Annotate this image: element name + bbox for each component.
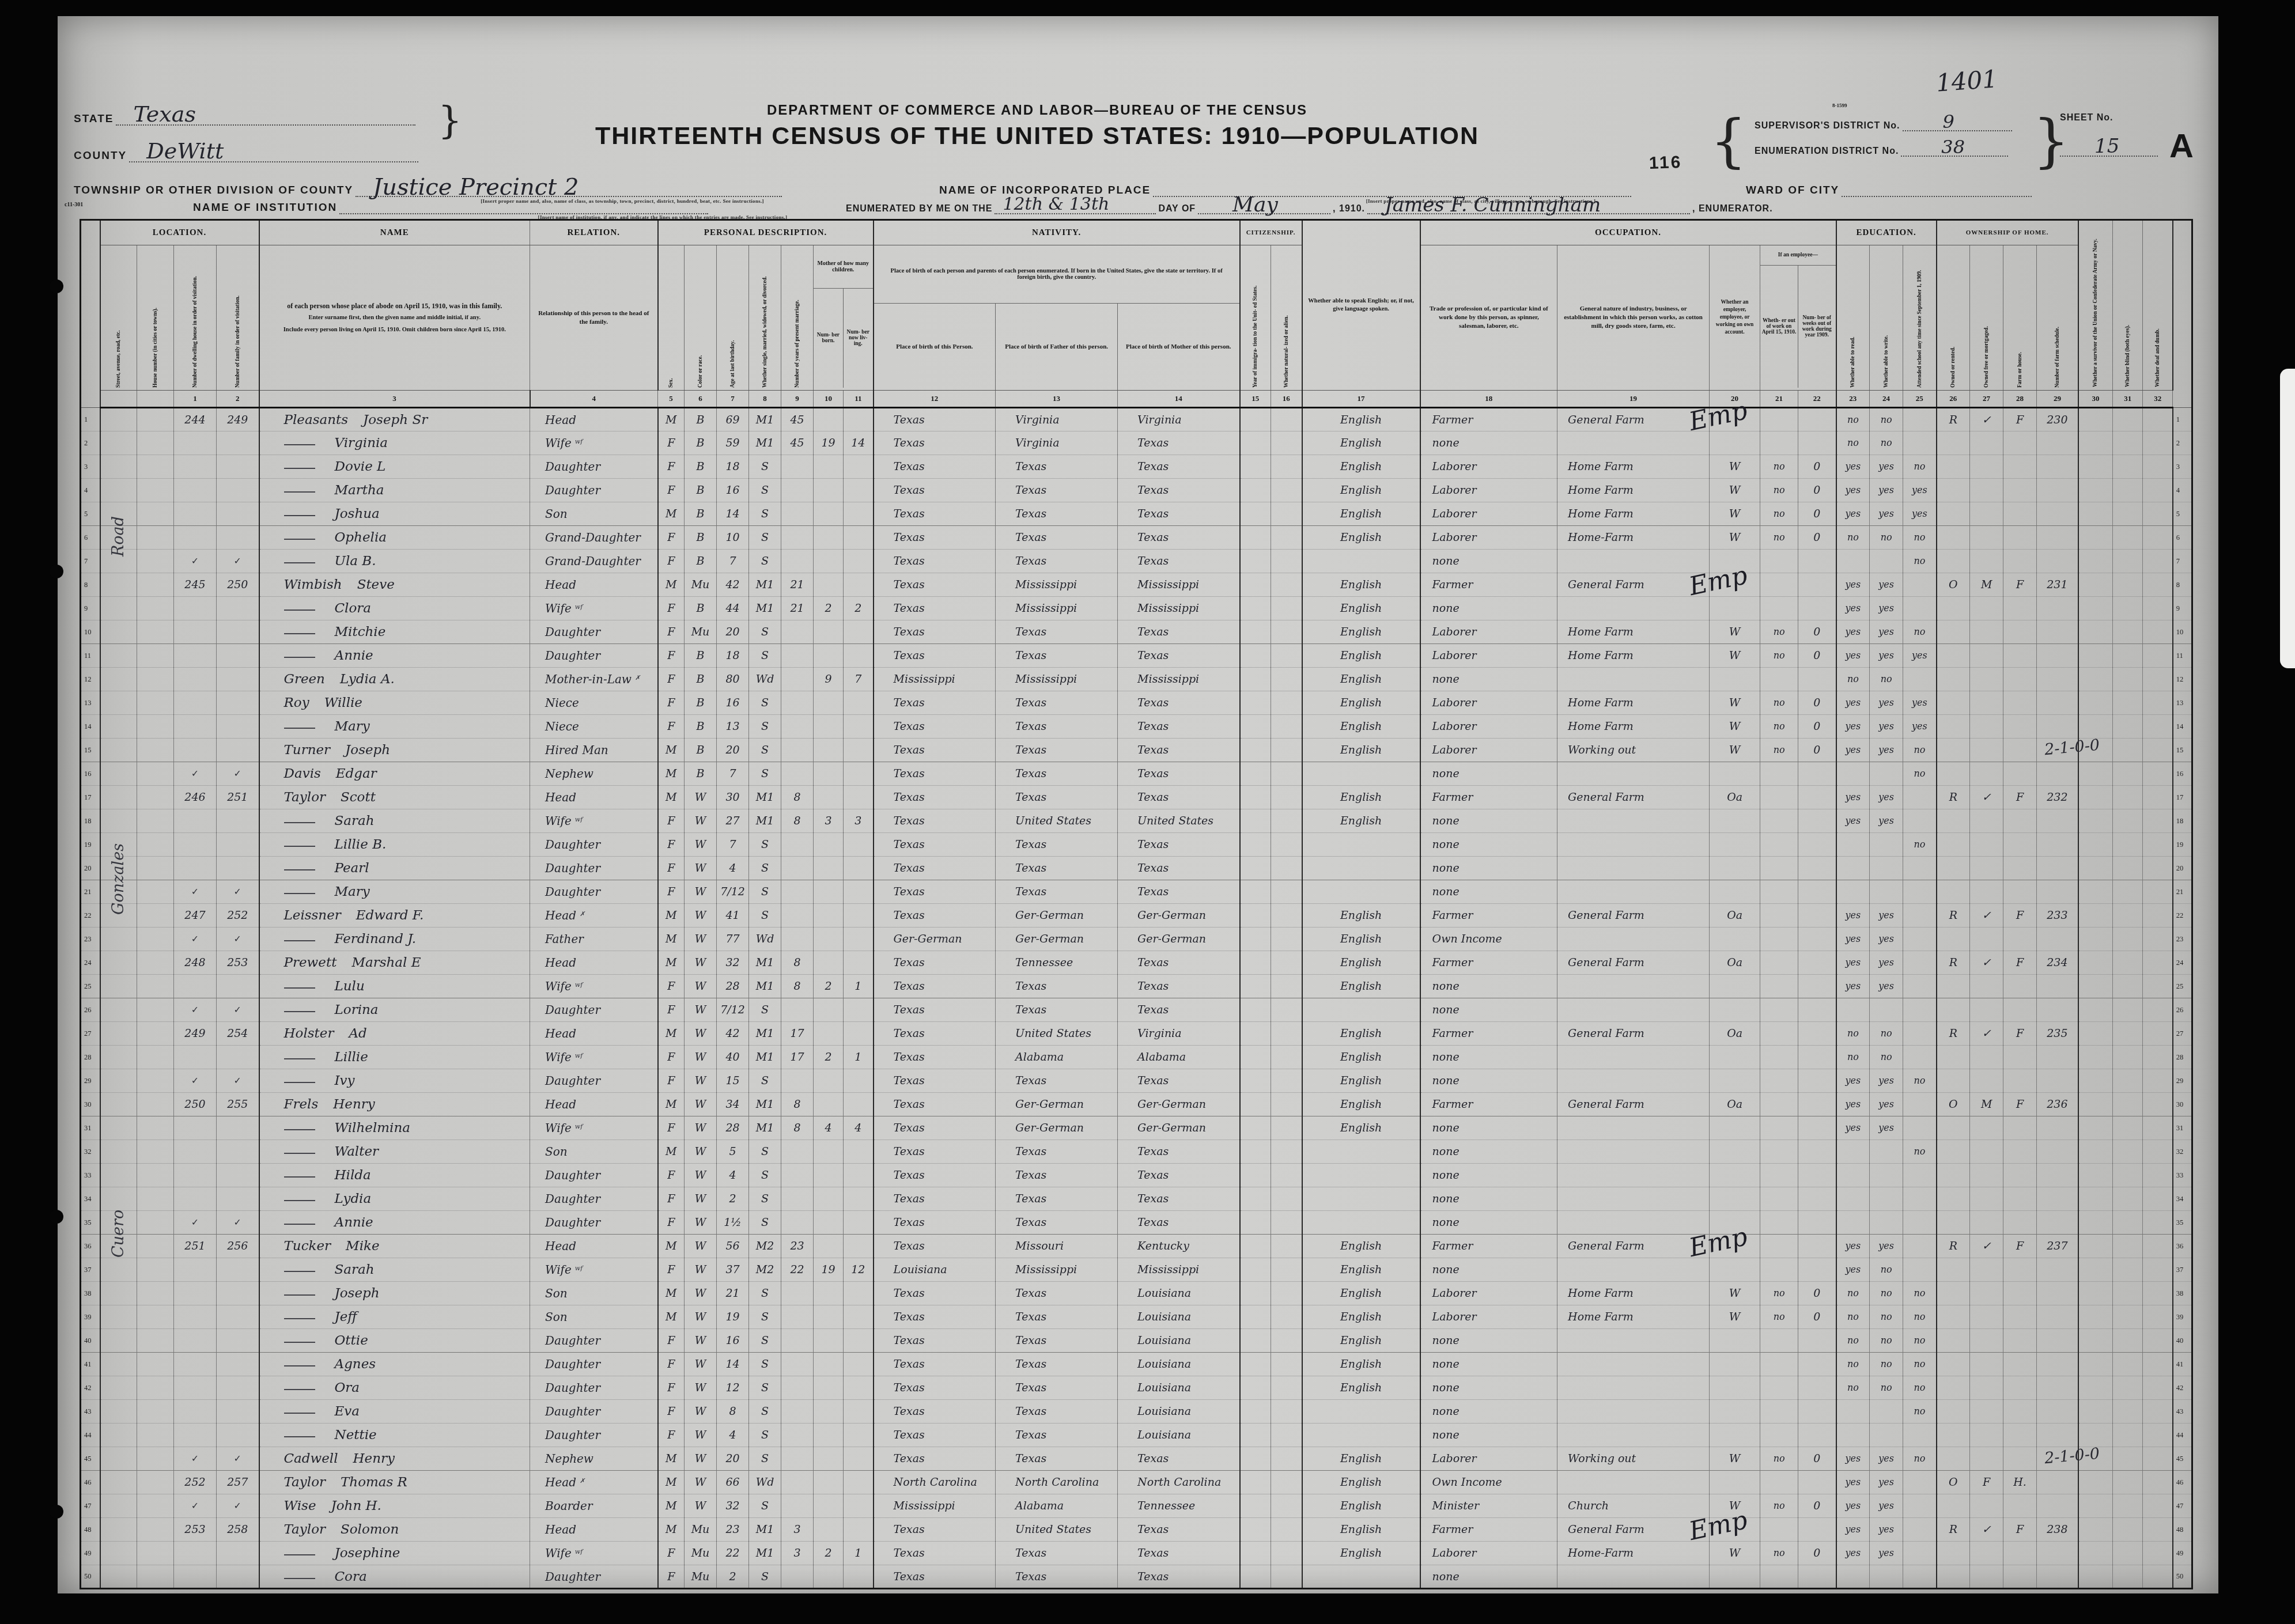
cell-color-race: W [685, 1305, 717, 1329]
cell-school [1903, 431, 1937, 455]
cell-street [100, 1211, 137, 1235]
cell-employer-status: Oa [1710, 904, 1760, 928]
column-sex: Sex. [658, 245, 685, 391]
row-number: 34 [81, 1187, 100, 1211]
cell-immigration-year [1240, 928, 1271, 951]
cell-color-race: W [685, 1046, 717, 1069]
row-number: 38 [2173, 1282, 2192, 1305]
cell-children-born [814, 715, 844, 739]
cell-blind [2113, 668, 2143, 691]
cell-marital: S [749, 715, 781, 739]
cell-farm-schedule: 234 [2037, 951, 2078, 975]
cell-employer-status: Oa [1710, 786, 1760, 809]
cell-sex: F [658, 644, 685, 668]
cell-sex: F [658, 1164, 685, 1187]
cell-can-read [1836, 1164, 1870, 1187]
table-row: 21✓✓MaryDaughterFW7/12STexasTexasTexasno… [81, 880, 2192, 904]
cell-home-owned [1937, 1282, 1970, 1305]
cell-home-owned [1937, 1187, 1970, 1211]
cell-birthplace: Texas [874, 1282, 996, 1305]
cell-street [100, 597, 137, 620]
cell-home-owned [1937, 1376, 1970, 1400]
cell-can-read: yes [1836, 1069, 1870, 1093]
cell-age: 14 [717, 502, 749, 526]
cell-can-read: yes [1836, 1471, 1870, 1494]
cell-naturalized [1271, 1376, 1302, 1400]
cell-dwelling-number [174, 1400, 217, 1424]
cell-relation: Wifewf [530, 597, 658, 620]
cell-birthplace: Texas [874, 479, 996, 502]
row-number: 14 [2173, 715, 2192, 739]
cell-marital: S [749, 1187, 781, 1211]
cell-blind [2113, 1447, 2143, 1471]
table-row: 47✓✓WiseJohn H.BoarderMW32SMississippiAl… [81, 1494, 2192, 1518]
cell-dwelling-number [174, 526, 217, 550]
cell-home-owned [1937, 502, 1970, 526]
cell-years-married [781, 668, 814, 691]
row-number: 30 [81, 1093, 100, 1116]
cell-immigration-year [1240, 455, 1271, 479]
cell-mortgage: ✓ [1970, 1518, 2003, 1542]
cell-farm-schedule: 231 [2037, 573, 2078, 597]
cell-children-born [814, 998, 844, 1022]
row-number: 15 [81, 739, 100, 762]
cell-farm-or-house [2003, 880, 2037, 904]
table-row: 50CoraDaughterFMu2STexasTexasTexasnone50 [81, 1565, 2192, 1589]
cell-children-living [844, 408, 874, 431]
cell-children-born [814, 1565, 844, 1589]
cell-mother-birthplace: Tennessee [1118, 1494, 1240, 1518]
ward-field: WARD OF CITY [1746, 179, 2032, 197]
cell-home-owned [1937, 1565, 1970, 1589]
cell-immigration-year [1240, 762, 1271, 786]
cell-age: 2 [717, 1187, 749, 1211]
cell-mother-birthplace: Ger-German [1118, 1093, 1240, 1116]
row-number: 49 [81, 1542, 100, 1565]
cell-blind [2113, 1471, 2143, 1494]
sheet-value: 15 [2094, 135, 2119, 158]
row-number: 7 [2173, 550, 2192, 573]
cell-children-living [844, 857, 874, 880]
cell-deaf [2143, 1305, 2173, 1329]
cell-industry [1557, 1140, 1710, 1164]
row-number: 34 [2173, 1187, 2192, 1211]
cell-naturalized [1271, 1164, 1302, 1187]
cell-mortgage [1970, 762, 2003, 786]
cell-can-read: no [1836, 526, 1870, 550]
cell-language: English [1302, 786, 1420, 809]
cell-dwelling-number: 252 [174, 1471, 217, 1494]
cell-children-living: 2 [844, 597, 874, 620]
cell-out-of-work [1760, 1211, 1798, 1235]
cell-dwelling-number [174, 597, 217, 620]
cell-age: 34 [717, 1093, 749, 1116]
cell-immigration-year [1240, 1329, 1271, 1353]
cell-naturalized [1271, 691, 1302, 715]
group-education: EDUCATION. [1836, 220, 1937, 245]
cell-name: RoyWillie [259, 691, 530, 715]
form-header: 1401 8-1599 DEPARTMENT OF COMMERCE AND L… [58, 16, 2218, 219]
cell-employer-status: Oa [1710, 1022, 1760, 1046]
cell-naturalized [1271, 880, 1302, 904]
cell-years-married [781, 526, 814, 550]
cell-street [100, 1022, 137, 1046]
table-row: 17246251TaylorScottHeadMW30M18TexasTexas… [81, 786, 2192, 809]
cell-street [100, 1093, 137, 1116]
cell-home-owned [1937, 998, 1970, 1022]
row-number: 26 [2173, 998, 2192, 1022]
cell-farm-schedule [2037, 550, 2078, 573]
cell-color-race: B [685, 526, 717, 550]
cell-mortgage [1970, 455, 2003, 479]
cell-color-race: W [685, 1235, 717, 1258]
cell-color-race: W [685, 1424, 717, 1447]
row-number: 3 [81, 455, 100, 479]
column-mother-of-children: Mother of how many children. Num- ber bo… [814, 245, 874, 391]
cell-industry [1557, 1565, 1710, 1589]
cell-industry [1557, 431, 1710, 455]
cell-children-living [844, 1471, 874, 1494]
column-write: Whether able to write. [1870, 245, 1903, 391]
cell-marital: M1 [749, 597, 781, 620]
group-citizenship: CITIZENSHIP. [1240, 220, 1302, 245]
cell-school: no [1903, 1140, 1937, 1164]
row-number: 40 [81, 1329, 100, 1353]
cell-can-read: no [1836, 1329, 1870, 1353]
cell-veteran [2078, 857, 2113, 880]
column-number: 1 [174, 391, 217, 408]
cell-sex: M [658, 904, 685, 928]
cell-naturalized [1271, 1187, 1302, 1211]
cell-weeks-out: 0 [1798, 1494, 1836, 1518]
cell-sex: F [658, 975, 685, 998]
cell-years-married [781, 998, 814, 1022]
cell-years-married [781, 550, 814, 573]
column-number: 8 [749, 391, 781, 408]
cell-years-married: 8 [781, 809, 814, 833]
cell-relation: Daughter [530, 857, 658, 880]
census-sheet: 1401 8-1599 DEPARTMENT OF COMMERCE AND L… [58, 16, 2218, 1593]
cell-school: no [1903, 1447, 1937, 1471]
cell-language: English [1302, 928, 1420, 951]
cell-can-write: yes [1870, 644, 1903, 668]
row-number: 29 [81, 1069, 100, 1093]
cell-years-married: 45 [781, 408, 814, 431]
cell-dwelling-number [174, 668, 217, 691]
cell-can-write [1870, 1400, 1903, 1424]
cell-mother-birthplace: Mississippi [1118, 597, 1240, 620]
column-number: 3 [259, 391, 530, 408]
cell-farm-or-house [2003, 809, 2037, 833]
cell-mother-birthplace: Louisiana [1118, 1424, 1240, 1447]
cell-employer-status: W [1710, 502, 1760, 526]
cell-can-write [1870, 998, 1903, 1022]
cell-dwelling-number [174, 1424, 217, 1447]
cell-mortgage [1970, 644, 2003, 668]
row-number: 48 [2173, 1518, 2192, 1542]
table-row: 13RoyWillieNieceFB16STexasTexasTexasEngl… [81, 691, 2192, 715]
cell-farm-or-house [2003, 1447, 2037, 1471]
cell-dwelling-number [174, 1565, 217, 1589]
cell-mother-birthplace: Texas [1118, 502, 1240, 526]
cell-relation: Son [530, 1305, 658, 1329]
cell-mortgage [1970, 526, 2003, 550]
cell-relation: Daughter [530, 1400, 658, 1424]
cell-color-race: W [685, 1376, 717, 1400]
cell-occupation: none [1420, 550, 1557, 573]
cell-can-read [1836, 880, 1870, 904]
cell-birthplace: Texas [874, 1093, 996, 1116]
cell-father-birthplace: Texas [996, 857, 1118, 880]
cell-street [100, 408, 137, 431]
cell-employer-status [1710, 998, 1760, 1022]
cell-house-number [137, 1424, 174, 1447]
cell-house-number [137, 597, 174, 620]
cell-home-owned [1937, 1329, 1970, 1353]
cell-can-read: no [1836, 431, 1870, 455]
column-out-of-work: Wheth- er out of work on April 15, 1910. [1760, 266, 1798, 388]
cell-veteran [2078, 1282, 2113, 1305]
cell-veteran [2078, 1471, 2113, 1494]
cell-language [1302, 1424, 1420, 1447]
cell-sex: M [658, 408, 685, 431]
cell-dwelling-number [174, 1305, 217, 1329]
cell-deaf [2143, 715, 2173, 739]
cell-relation: Daughter [530, 1376, 658, 1400]
cell-farm-or-house [2003, 597, 2037, 620]
table-row: 6OpheliaGrand-DaughterFB10STexasTexasTex… [81, 526, 2192, 550]
cell-farm-or-house [2003, 502, 2037, 526]
cell-occupation: Farmer [1420, 1235, 1557, 1258]
cell-family-number [217, 1400, 259, 1424]
row-number: 31 [81, 1116, 100, 1140]
cell-out-of-work: no [1760, 1494, 1798, 1518]
cell-relation: Boarder [530, 1494, 658, 1518]
row-number: 45 [2173, 1447, 2192, 1471]
cell-employer-status [1710, 1565, 1760, 1589]
row-number: 19 [81, 833, 100, 857]
cell-children-living [844, 1353, 874, 1376]
cell-father-birthplace: Texas [996, 998, 1118, 1022]
line-number-header [81, 220, 100, 408]
cell-birthplace: Mississippi [874, 1494, 996, 1518]
cell-farm-or-house [2003, 1116, 2037, 1140]
cell-farm-schedule: 238 [2037, 1518, 2078, 1542]
cell-blind [2113, 1187, 2143, 1211]
cell-blind [2113, 739, 2143, 762]
cell-father-birthplace: Texas [996, 1187, 1118, 1211]
cell-age: 27 [717, 809, 749, 833]
cell-children-born [814, 1494, 844, 1518]
cell-mother-birthplace: Texas [1118, 455, 1240, 479]
cell-employer-status [1710, 1353, 1760, 1376]
cell-out-of-work [1760, 1329, 1798, 1353]
cell-employer-status: Oa [1710, 951, 1760, 975]
cell-family-number [217, 1329, 259, 1353]
cell-school [1903, 904, 1937, 928]
cell-birthplace: Texas [874, 1353, 996, 1376]
cell-name: Nettie [259, 1424, 530, 1447]
cell-farm-or-house [2003, 1046, 2037, 1069]
cell-marital: S [749, 455, 781, 479]
state-field: STATE Texas [74, 107, 415, 126]
cell-relation: Head [530, 1235, 658, 1258]
cell-occupation: Laborer [1420, 1282, 1557, 1305]
cell-name: Mitchie [259, 620, 530, 644]
cell-naturalized [1271, 904, 1302, 928]
cell-children-born: 2 [814, 1046, 844, 1069]
cell-children-living [844, 786, 874, 809]
cell-age: 4 [717, 857, 749, 880]
cell-father-birthplace: Texas [996, 479, 1118, 502]
institution-label: NAME OF INSTITUTION [193, 202, 337, 214]
cell-father-birthplace: Texas [996, 691, 1118, 715]
table-row: 23✓✓Ferdinand J.FatherMW77WdGer-GermanGe… [81, 928, 2192, 951]
cell-employer-status [1710, 1116, 1760, 1140]
cell-mother-birthplace: Texas [1118, 479, 1240, 502]
cell-naturalized [1271, 1471, 1302, 1494]
cell-veteran [2078, 479, 2113, 502]
cell-can-read: yes [1836, 1447, 1870, 1471]
cell-street [100, 762, 137, 786]
row-number: 42 [2173, 1376, 2192, 1400]
cell-age: 32 [717, 951, 749, 975]
cell-immigration-year [1240, 597, 1271, 620]
cell-relation: Head [530, 786, 658, 809]
cell-father-birthplace: Mississippi [996, 668, 1118, 691]
cell-name: CadwellHenry [259, 1447, 530, 1471]
cell-naturalized [1271, 1424, 1302, 1447]
cell-industry [1557, 1046, 1710, 1069]
cell-street [100, 833, 137, 857]
cell-name: Wilhelmina [259, 1116, 530, 1140]
cell-weeks-out [1798, 1211, 1836, 1235]
cell-veteran [2078, 1258, 2113, 1282]
row-number: 12 [81, 668, 100, 691]
cell-can-read: yes [1836, 786, 1870, 809]
cell-mother-birthplace: Texas [1118, 786, 1240, 809]
cell-veteran [2078, 1400, 2113, 1424]
census-table-wrap: LOCATION. NAME RELATION. PERSONAL DESCRI… [80, 219, 2218, 1589]
cell-employer-status: Emp [1710, 1235, 1760, 1258]
cell-immigration-year [1240, 644, 1271, 668]
table-row: 11AnnieDaughterFB18STexasTexasTexasEngli… [81, 644, 2192, 668]
cell-farm-schedule [2037, 1494, 2078, 1518]
cell-blind [2113, 1542, 2143, 1565]
column-number: 11 [844, 391, 874, 408]
cell-farm-schedule: 233 [2037, 904, 2078, 928]
cell-dwelling-number: ✓ [174, 1494, 217, 1518]
cell-mortgage: ✓ [1970, 904, 2003, 928]
row-number: 22 [81, 904, 100, 928]
cell-mortgage [1970, 1282, 2003, 1305]
cell-name: Ula B. [259, 550, 530, 573]
cell-weeks-out: 0 [1798, 455, 1836, 479]
cell-can-read [1836, 857, 1870, 880]
cell-relation: Daughter [530, 479, 658, 502]
cell-house-number [137, 904, 174, 928]
department-line: DEPARTMENT OF COMMERCE AND LABOR—BUREAU … [605, 103, 1469, 119]
cell-farm-or-house [2003, 1542, 2037, 1565]
cell-children-born [814, 1140, 844, 1164]
cell-mortgage: ✓ [1970, 1235, 2003, 1258]
cell-dwelling-number: 248 [174, 951, 217, 975]
cell-children-born [814, 1471, 844, 1494]
cell-out-of-work: no [1760, 691, 1798, 715]
column-number: 26 [1937, 391, 1970, 408]
cell-farm-schedule [2037, 1329, 2078, 1353]
cell-farm-schedule [2037, 1376, 2078, 1400]
cell-occupation: Farmer [1420, 951, 1557, 975]
cell-house-number [137, 431, 174, 455]
cell-dwelling-number: 247 [174, 904, 217, 928]
cell-street [100, 1329, 137, 1353]
cell-can-write: yes [1870, 455, 1903, 479]
cell-naturalized [1271, 479, 1302, 502]
cell-employer-status: W [1710, 739, 1760, 762]
row-number: 17 [2173, 786, 2192, 809]
cell-out-of-work [1760, 550, 1798, 573]
row-number: 18 [81, 809, 100, 833]
cell-sex: F [658, 691, 685, 715]
cell-employer-status: W [1710, 1494, 1760, 1518]
cell-father-birthplace: Texas [996, 762, 1118, 786]
cell-farm-or-house [2003, 550, 2037, 573]
cell-name: Clora [259, 597, 530, 620]
column-school: Attended school any time since September… [1903, 245, 1937, 391]
cell-employer-status [1710, 597, 1760, 620]
cell-language [1302, 998, 1420, 1022]
cell-marital: S [749, 880, 781, 904]
cell-industry: Working out [1557, 739, 1710, 762]
cell-language: English [1302, 455, 1420, 479]
cell-immigration-year [1240, 1353, 1271, 1376]
cell-industry: Home Farm [1557, 1282, 1710, 1305]
cell-color-race: B [685, 739, 717, 762]
cell-blind [2113, 1211, 2143, 1235]
cell-mortgage [1970, 1542, 2003, 1565]
cell-farm-or-house [2003, 715, 2037, 739]
cell-relation: Daughter [530, 644, 658, 668]
cell-language: English [1302, 1353, 1420, 1376]
cell-children-living: 12 [844, 1258, 874, 1282]
cell-industry: General Farm [1557, 1518, 1710, 1542]
cell-occupation: none [1420, 1164, 1557, 1187]
cell-father-birthplace: Missouri [996, 1235, 1118, 1258]
cell-children-living [844, 1140, 874, 1164]
column-trade: Trade or profession of, or particular ki… [1420, 245, 1557, 391]
cell-industry [1557, 1069, 1710, 1093]
cell-marital: S [749, 1353, 781, 1376]
cell-children-born: 9 [814, 668, 844, 691]
cell-school [1903, 597, 1937, 620]
cell-industry: Home Farm [1557, 620, 1710, 644]
cell-language: English [1302, 809, 1420, 833]
cell-color-race: W [685, 857, 717, 880]
cell-family-number [217, 431, 259, 455]
cell-farm-schedule: 232 [2037, 786, 2078, 809]
cell-birthplace: Texas [874, 644, 996, 668]
cell-school: yes [1903, 715, 1937, 739]
cell-can-write: yes [1870, 951, 1903, 975]
row-number: 2 [2173, 431, 2192, 455]
table-row: 34LydiaDaughterFW2STexasTexasTexasnone34 [81, 1187, 2192, 1211]
cell-immigration-year [1240, 1258, 1271, 1282]
column-number: 23 [1836, 391, 1870, 408]
cell-sex: M [658, 786, 685, 809]
cell-birthplace: Ger-German [874, 928, 996, 951]
cell-dwelling-number [174, 739, 217, 762]
